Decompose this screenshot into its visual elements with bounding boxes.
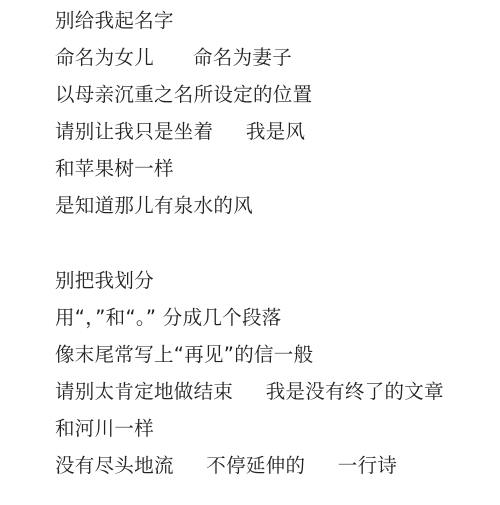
poem-line: 以母亲沉重之名所设定的位置 xyxy=(55,76,444,113)
stanza-2: 别把我划分 用“，”和“。” 分成几个段落 像末尾常写上“再见”的信一般 请别太… xyxy=(55,262,444,484)
poem-line: 请别让我只是坐着 我是风 xyxy=(55,113,444,150)
poem-line: 像末尾常写上“再见”的信一般 xyxy=(55,336,444,373)
stanza-1: 别给我起名字 命名为女儿 命名为妻子 以母亲沉重之名所设定的位置 请别让我只是坐… xyxy=(55,2,444,224)
poem-line: 别把我划分 xyxy=(55,262,444,299)
poem-line: 和苹果树一样 xyxy=(55,150,444,187)
poem-line: 没有尽头地流 不停延伸的 一行诗 xyxy=(55,447,444,484)
poem-text: 别给我起名字 命名为女儿 命名为妻子 以母亲沉重之名所设定的位置 请别让我只是坐… xyxy=(55,2,444,484)
poem-line: 命名为女儿 命名为妻子 xyxy=(55,39,444,76)
poem-line: 别给我起名字 xyxy=(55,2,444,39)
poem-line: 请别太肯定地做结束 我是没有终了的文章 xyxy=(55,373,444,410)
poem-line: 用“，”和“。” 分成几个段落 xyxy=(55,299,444,336)
poem-line: 是知道那儿有泉水的风 xyxy=(55,187,444,224)
poem-line: 和河川一样 xyxy=(55,410,444,447)
